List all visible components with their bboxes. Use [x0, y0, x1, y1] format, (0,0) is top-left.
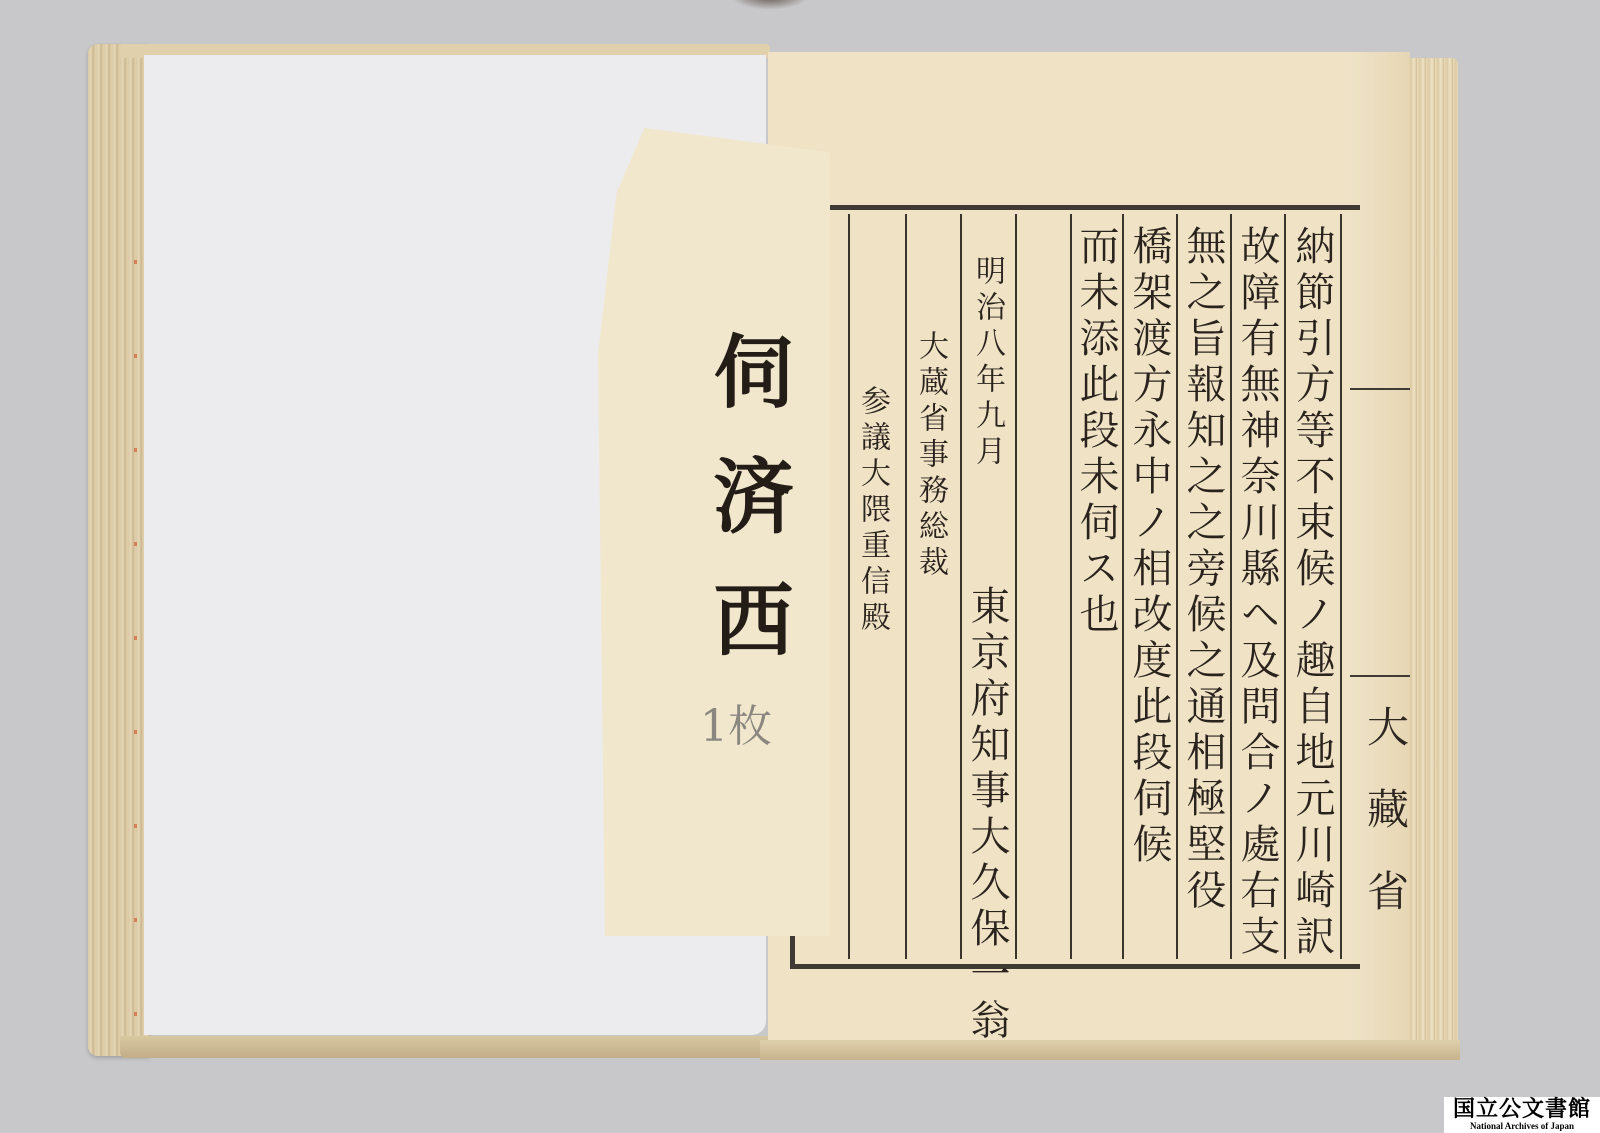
- ruled-frame-bottom: [790, 964, 1360, 969]
- date-column: 明治八年九月: [972, 255, 1002, 471]
- logo-japanese-text: 国立公文書館: [1444, 1097, 1600, 1121]
- margin-rule: [1350, 675, 1410, 677]
- margin-rule: [1350, 388, 1410, 390]
- column-rule: [1122, 214, 1124, 959]
- column-rule: [1176, 214, 1178, 959]
- column-rule: [960, 214, 962, 959]
- book-right-page-edges: [1408, 58, 1458, 1048]
- sender-column: 東京府知事大久保一翁: [967, 585, 1007, 1045]
- column-rule: [905, 214, 907, 959]
- text-column-1: 納節引方等不束候ノ趣自地元川崎訳: [1292, 225, 1332, 961]
- text-column-3: 無之旨報知之之旁候之通相極堅役: [1183, 225, 1223, 915]
- archives-watermark-logo: 国立公文書館 National Archives of Japan: [1444, 1097, 1600, 1133]
- book-right-bottom-edge: [760, 1040, 1460, 1060]
- column-rule: [1230, 214, 1232, 959]
- slip-handwriting: 伺済西: [690, 330, 805, 702]
- text-column-5: 而未添此段未伺ス也: [1076, 225, 1116, 639]
- object-shadow: [730, 0, 810, 10]
- red-edge-markings: [134, 170, 137, 1030]
- column-rule: [848, 214, 850, 959]
- column-rule: [1015, 214, 1017, 959]
- ruled-frame-top: [818, 205, 1360, 210]
- column-rule: [1284, 214, 1286, 959]
- book-bottom-edge: [120, 1036, 780, 1058]
- recipient-name-column: 参議大隈重信殿: [857, 385, 887, 637]
- book-left-page-edges: [88, 44, 150, 1056]
- recipient-title-column: 大蔵省事務総裁: [915, 330, 945, 582]
- logo-english-text: National Archives of Japan: [1444, 1121, 1600, 1131]
- column-rule: [1340, 214, 1342, 959]
- text-column-2: 故障有無神奈川縣ヘ及問合ノ處右支: [1237, 225, 1277, 961]
- text-column-4: 橋架渡方永中ノ相改度此段伺候: [1129, 225, 1169, 869]
- margin-ministry-label: 大藏省: [1355, 705, 1415, 951]
- column-rule: [1070, 214, 1072, 959]
- slip-pencil-note: 1枚: [700, 690, 772, 754]
